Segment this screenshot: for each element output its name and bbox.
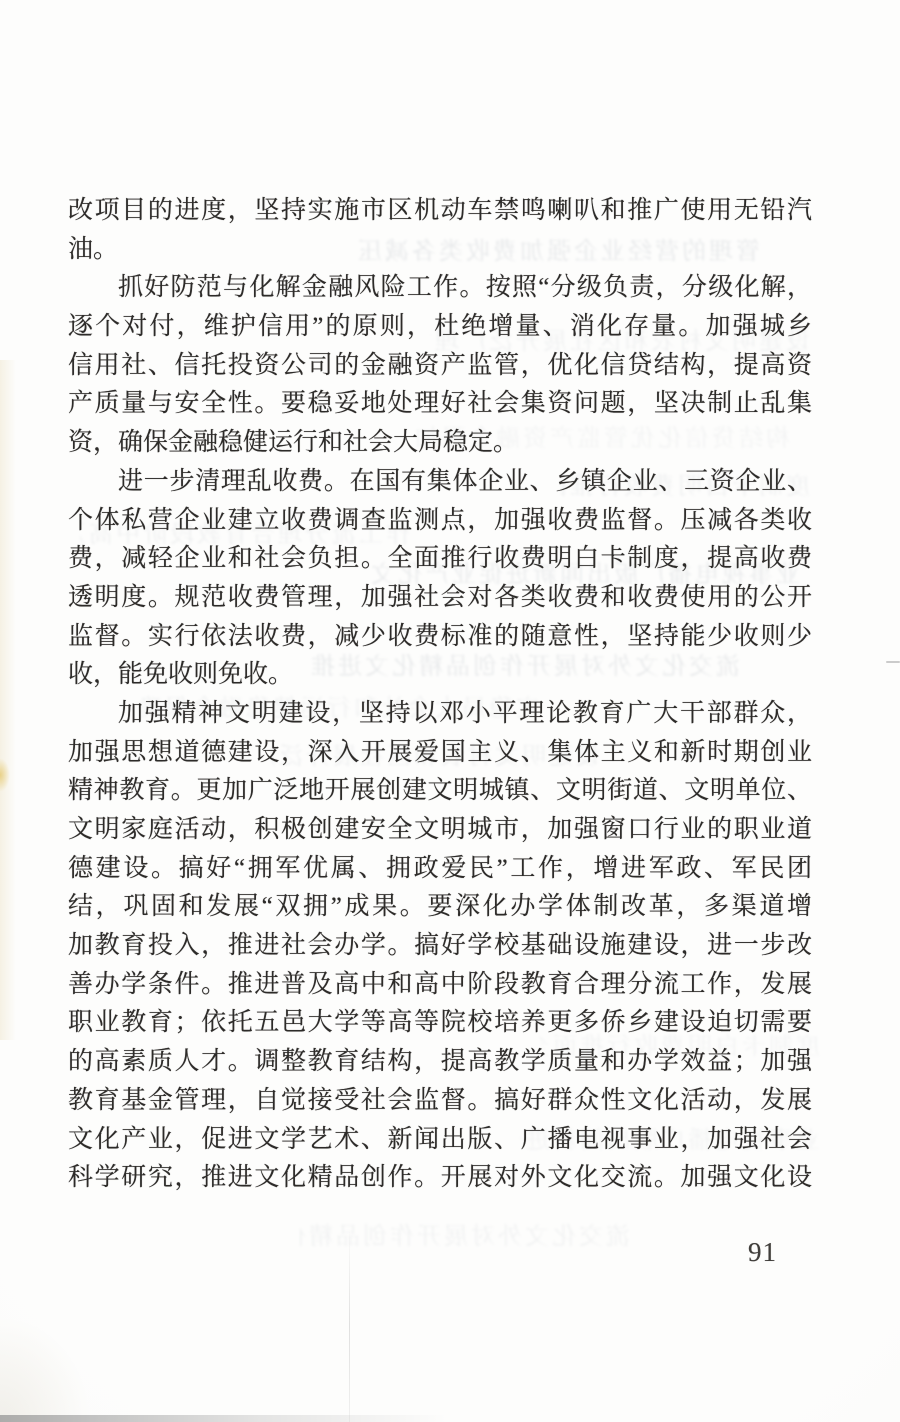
text-line: 加强精神文明建设，坚持以邓小平理论教育广大干部群众， bbox=[68, 695, 812, 734]
text-line: 个体私营企业建立收费调查监测点，加强收费监督。压减各类收 bbox=[68, 502, 812, 541]
paper-stain bbox=[0, 758, 10, 792]
text-line: 职业教育；依托五邑大学等高等院校培养更多侨乡建设迫切需要 bbox=[68, 1004, 812, 1043]
scan-edge-artifact bbox=[0, 1415, 470, 1422]
paper-crease bbox=[349, 1228, 350, 1422]
corner-shade-artifact bbox=[0, 1282, 120, 1422]
scanned-book-page: 管理的营经业企强加费收类各减压 设建明文村农和区社展开泛广理管 构结贷信化优管监… bbox=[0, 0, 900, 1422]
text-line: 善办学条件。推进普及高中和高中阶段教育合理分流工作，发展 bbox=[68, 966, 812, 1005]
text-line: 改项目的进度，坚持实施市区机动车禁鸣喇叭和推广使用无铅汽 bbox=[68, 192, 812, 231]
text-line: 加教育投入，推进社会办学。搞好学校基础设施建设，进一步改 bbox=[68, 927, 812, 966]
page-number: 91 bbox=[748, 1237, 777, 1268]
text-line: 监督。实行依法收费，减少收费标准的随意性，坚持能少收则少 bbox=[68, 618, 812, 657]
text-line: 费，减轻企业和社会负担。全面推行收费明白卡制度，提高收费 bbox=[68, 540, 812, 579]
text-line: 信用社、信托投资公司的金融资产监管，优化信贷结构，提高资 bbox=[68, 347, 812, 386]
text-line: 进一步清理乱收费。在国有集体企业、乡镇企业、三资企业、 bbox=[68, 463, 812, 502]
text-line: 结，巩固和发展“双拥”成果。要深化办学体制改革，多渠道增 bbox=[68, 888, 812, 927]
text-line: 科学研究，推进文化精品创作。开展对外文化交流。加强文化设 bbox=[68, 1159, 812, 1198]
scan-mark-artifact bbox=[886, 661, 900, 663]
text-line: 德建设。搞好“拥军优属、拥政爱民”工作，增进军政、军民团 bbox=[68, 850, 812, 889]
paper-tint-artifact bbox=[0, 360, 16, 1040]
text-line: 的高素质人才。调整教育结构，提高教学质量和办学效益；加强 bbox=[68, 1043, 812, 1082]
text-line: 文化产业，促进文学艺术、新闻出版、广播电视事业，加强社会 bbox=[68, 1121, 812, 1160]
page-body-text: 改项目的进度，坚持实施市区机动车禁鸣喇叭和推广使用无铅汽 油。 抓好防范与化解金… bbox=[68, 192, 812, 1198]
text-line: 透明度。规范收费管理，加强社会对各类收费和收费使用的公开 bbox=[68, 579, 812, 618]
text-line: 油。 bbox=[68, 231, 812, 270]
text-line: 资，确保金融稳健运行和社会大局稳定。 bbox=[68, 424, 812, 463]
text-line: 产质量与安全性。要稳妥地处理好社会集资问题，坚决制止乱集 bbox=[68, 385, 812, 424]
bleedthrough-artifact: 流交化文外对展开作创品精化文进推 bbox=[300, 1222, 630, 1252]
text-line: 收，能免收则免收。 bbox=[68, 656, 812, 695]
text-line: 文明家庭活动，积极创建安全文明城市，加强窗口行业的职业道 bbox=[68, 811, 812, 850]
text-line: 逐个对付，维护信用”的原则，杜绝增量、消化存量。加强城乡 bbox=[68, 308, 812, 347]
text-line: 抓好防范与化解金融风险工作。按照“分级负责，分级化解， bbox=[68, 269, 812, 308]
text-line: 精神教育。更加广泛地开展创建文明城镇、文明街道、文明单位、 bbox=[68, 772, 812, 811]
text-line: 教育基金管理，自觉接受社会监督。搞好群众性文化活动，发展 bbox=[68, 1082, 812, 1121]
text-line: 加强思想道德建设，深入开展爱国主义、集体主义和新时期创业 bbox=[68, 734, 812, 773]
